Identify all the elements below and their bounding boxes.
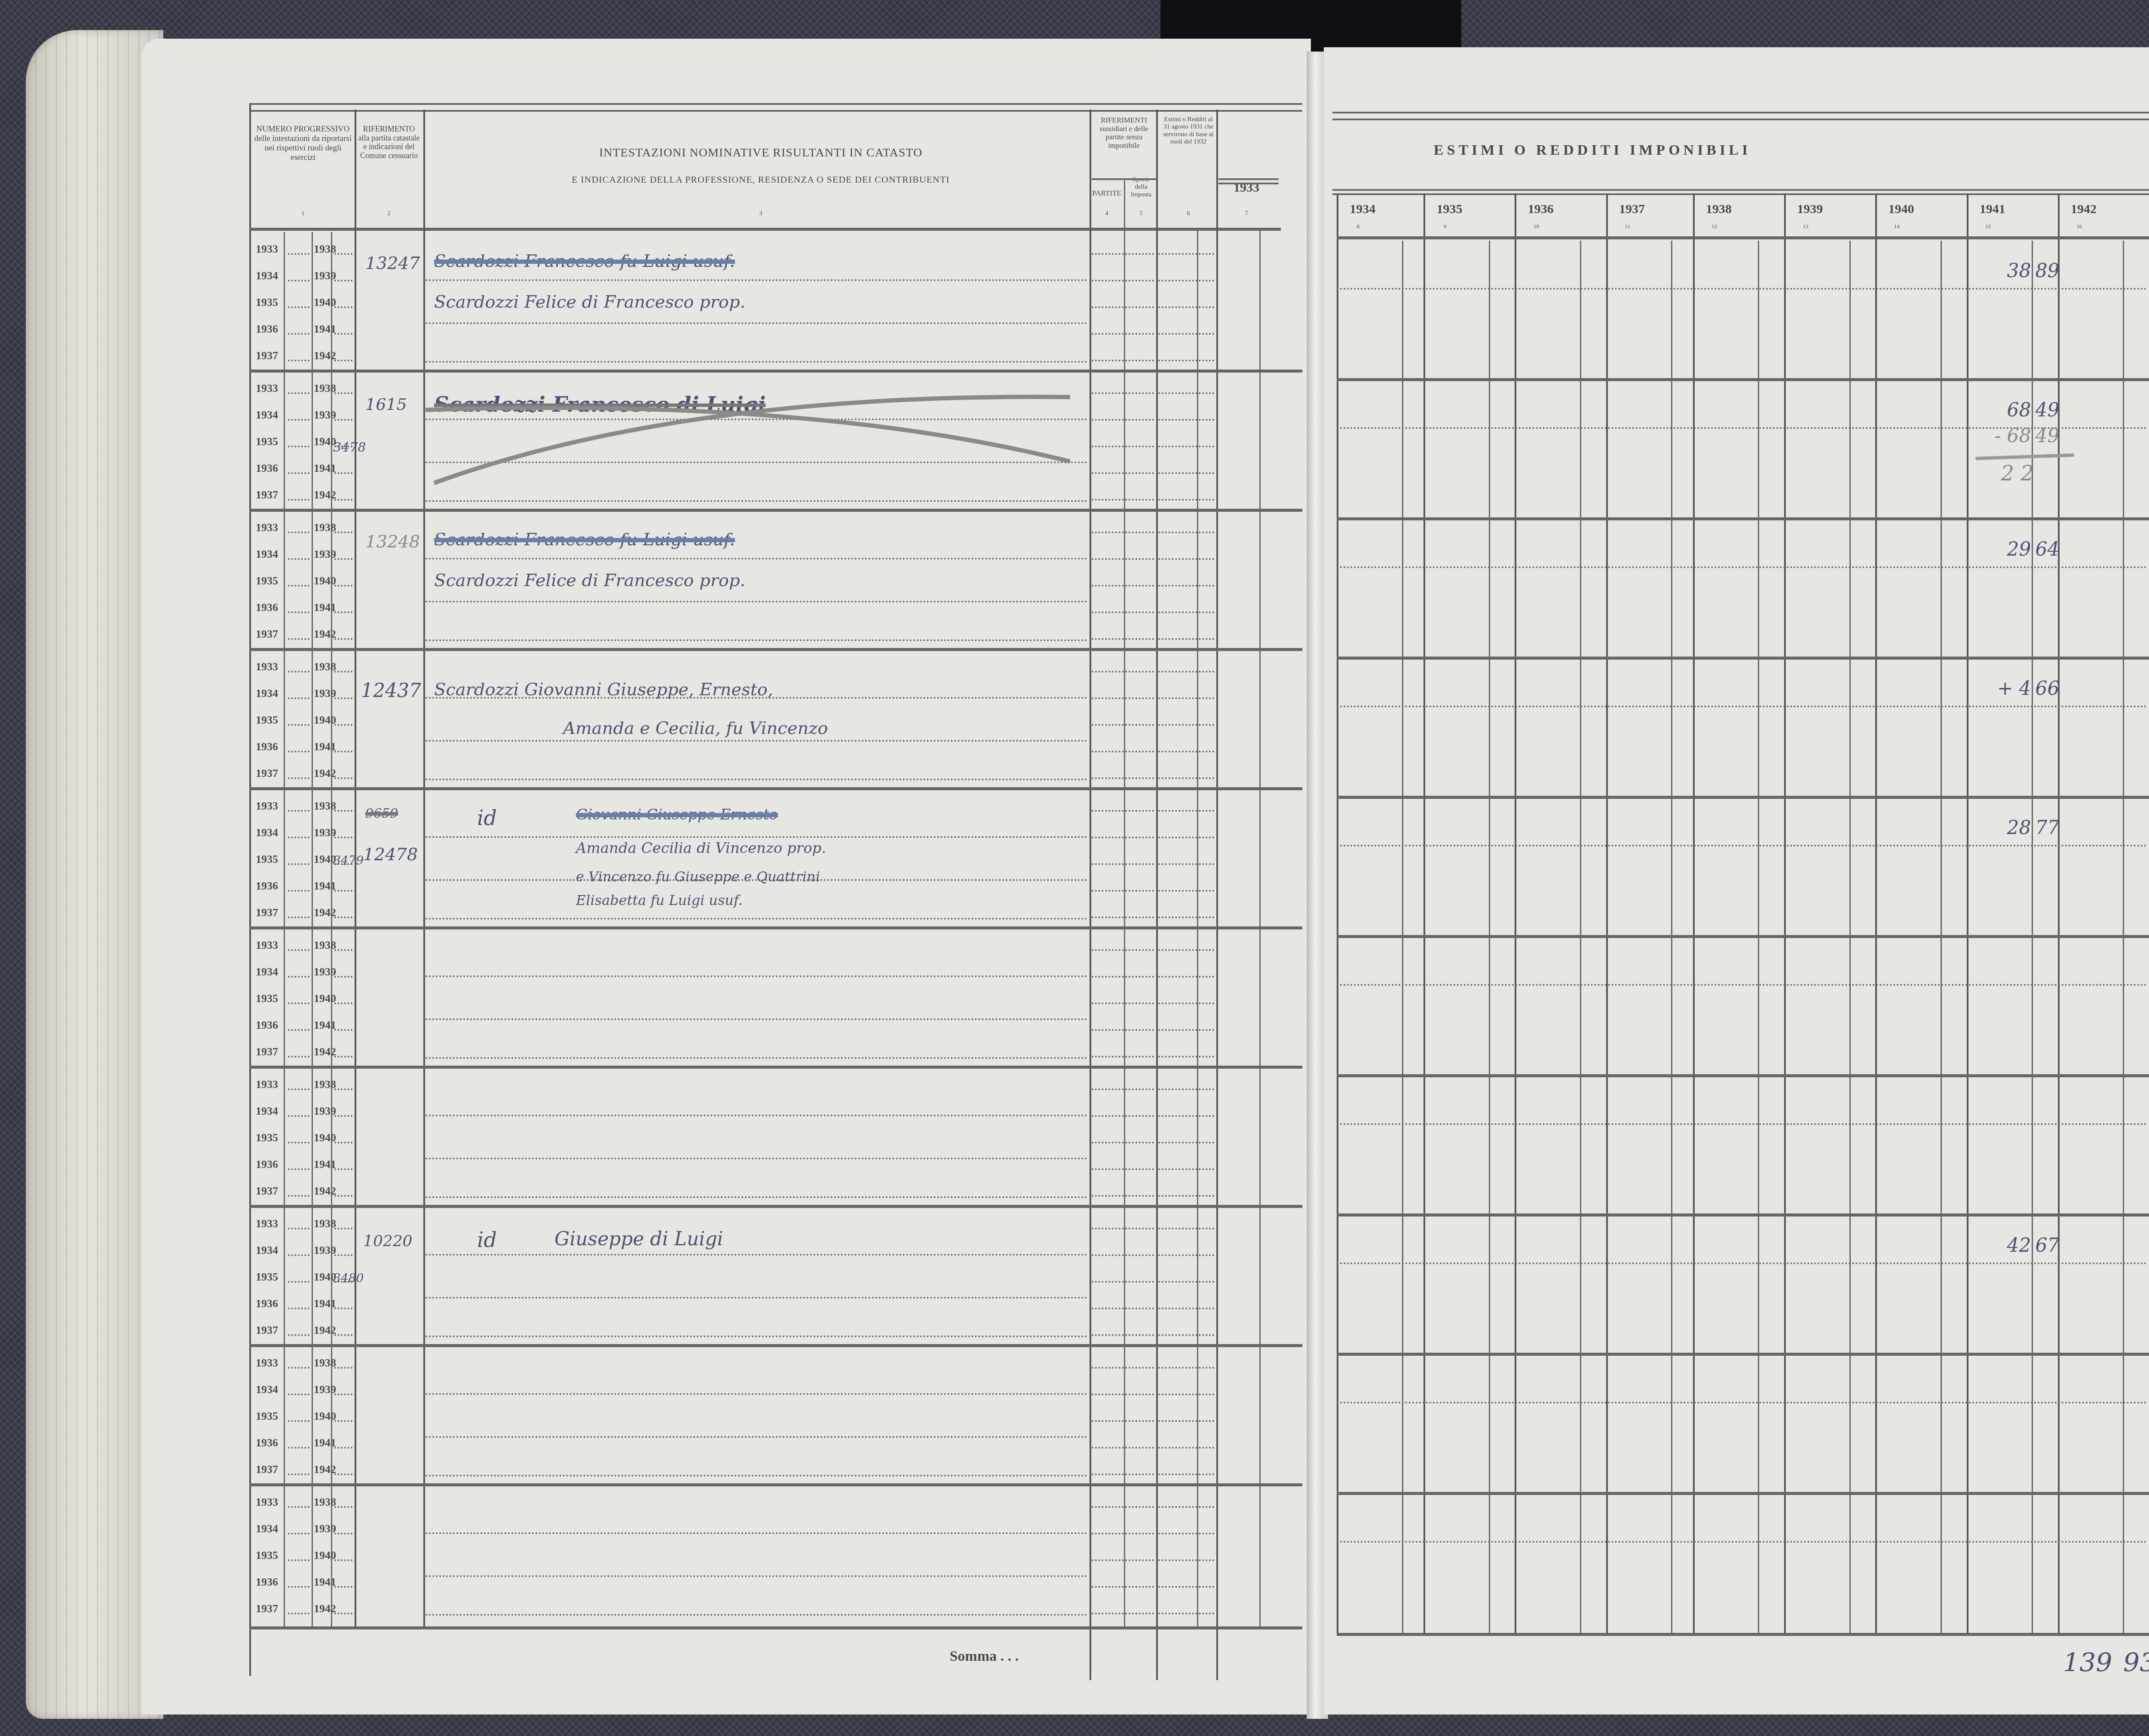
entry-name-line: Elisabetta fu Luigi usuf. — [576, 892, 743, 908]
dot-leader — [334, 392, 352, 394]
bottom-divider — [249, 1626, 1302, 1629]
dot-leader — [288, 1586, 309, 1588]
year-label: 1935 — [256, 992, 278, 1005]
partita-old-number: 9659 — [365, 806, 398, 821]
dot-leader — [288, 1029, 309, 1031]
year-column-label: 1939 — [1797, 202, 1823, 217]
dot-leader — [288, 837, 309, 838]
col-divider — [423, 110, 425, 1626]
dot-leader — [1158, 446, 1214, 447]
year-label: 1934 — [256, 1244, 278, 1257]
year-col-divider — [1967, 193, 1968, 1633]
block-divider — [249, 509, 1302, 512]
dot-leader — [1092, 585, 1154, 587]
header-estimi-1931: Estimi o Redditi al 31 agosto 1931 che s… — [1160, 116, 1216, 146]
name-line — [426, 1018, 1087, 1020]
name-line — [426, 1057, 1087, 1059]
somma-1941-lire: 139 — [2063, 1648, 2112, 1678]
value-1941-cent: 64 — [2036, 538, 2060, 560]
dot-leader — [334, 1533, 352, 1534]
year-label: 1941 — [314, 740, 336, 753]
dot-leader — [334, 1394, 352, 1395]
dot-leader — [334, 1254, 352, 1256]
year-label: 1940 — [314, 296, 336, 309]
dot-leader — [1092, 558, 1154, 560]
dot-leader — [1092, 1473, 1154, 1475]
year-label: 1933 — [256, 800, 278, 813]
col-number: 8 — [1337, 223, 1380, 230]
entry-name-line: Amanda e Cecilia, fu Vincenzo — [563, 718, 828, 738]
year-label: 1935 — [256, 575, 278, 587]
year-label: 1936 — [256, 1297, 278, 1310]
year-label: 1941 — [314, 880, 336, 892]
year-label: 1934 — [256, 409, 278, 422]
dot-leader — [334, 671, 352, 672]
year-label: 1941 — [314, 1019, 336, 1032]
dot-leader — [1158, 1447, 1214, 1449]
col-number: 14 — [1875, 223, 1918, 230]
dot-leader — [1158, 890, 1214, 892]
dot-leader — [1092, 306, 1154, 308]
header-divider — [1337, 236, 2149, 239]
col-divider — [1216, 110, 1218, 1626]
dot-leader — [288, 697, 309, 699]
block-divider — [249, 1483, 1302, 1486]
dot-leader — [1092, 1334, 1154, 1336]
year-label: 1934 — [256, 826, 278, 839]
dot-leader — [1092, 333, 1154, 335]
dot-leader — [1158, 1367, 1214, 1369]
year-label: 1934 — [256, 548, 278, 561]
dot-leader — [288, 1142, 309, 1143]
dot-leader — [288, 472, 309, 474]
dot-leader — [1158, 810, 1214, 812]
amount-line — [1337, 706, 2147, 707]
year-label: 1942 — [314, 1185, 336, 1198]
name-line — [426, 1158, 1087, 1159]
dot-leader — [288, 392, 309, 394]
year-label: 1936 — [256, 740, 278, 753]
year-label: 1938 — [314, 1496, 336, 1509]
amount-line — [1337, 845, 2147, 847]
block-divider — [249, 926, 1302, 929]
col-number: 1 — [251, 211, 355, 217]
col-number: 4 — [1090, 211, 1124, 217]
entry-name-line: e Vincenzo fu Giuseppe e Quattrini — [576, 868, 820, 885]
dot-leader — [1158, 863, 1214, 865]
value-1941-minus-cent: 49 — [2036, 425, 2060, 447]
year-label: 1934 — [256, 966, 278, 978]
block-divider — [1337, 935, 2149, 938]
dot-leader — [1158, 724, 1214, 726]
name-line — [426, 1575, 1087, 1577]
year-label: 1942 — [314, 489, 336, 501]
name-line — [426, 740, 1087, 742]
year-col-divider — [1784, 193, 1786, 1633]
dot-leader — [334, 837, 352, 838]
name-line — [426, 1475, 1087, 1476]
side-reference: 3480 — [333, 1271, 364, 1285]
year-label: 1938 — [314, 243, 336, 256]
name-line — [426, 500, 1087, 502]
dot-leader — [334, 777, 352, 779]
year-label: 1936 — [256, 1436, 278, 1449]
dot-leader — [1158, 1506, 1214, 1508]
header-col3-subtitle: E INDICAZIONE DELLA PROFESSIONE, RESIDEN… — [434, 174, 1087, 185]
year-label: 1935 — [256, 853, 278, 866]
dot-leader — [1158, 253, 1214, 255]
dot-leader — [334, 1029, 352, 1031]
dot-leader — [1158, 1002, 1214, 1004]
dot-leader — [288, 1420, 309, 1422]
year-label: 1938 — [314, 521, 336, 534]
dot-leader — [288, 333, 309, 335]
year-label: 1939 — [314, 687, 336, 700]
value-1941-lire: 68 — [1980, 399, 2031, 421]
dot-leader — [288, 1088, 309, 1090]
partita-number: 10220 — [363, 1232, 413, 1250]
year-column-label: 1942 — [2071, 202, 2097, 217]
year-label: 1940 — [314, 714, 336, 727]
dot-leader — [288, 1228, 309, 1229]
col-number: 12 — [1693, 223, 1736, 230]
entry-name-line: Giovanni Giuseppe Ernesto — [576, 806, 778, 823]
dot-leader — [1158, 1115, 1214, 1117]
col-divider — [1124, 180, 1125, 1626]
dot-leader — [334, 419, 352, 421]
top-border — [249, 103, 1302, 112]
dot-leader — [1158, 1586, 1214, 1588]
year-label: 1941 — [314, 323, 336, 336]
riferimenti-divider — [1092, 178, 1156, 180]
value-1941-result: 2 2 — [2001, 462, 2034, 486]
dot-leader — [1158, 1334, 1214, 1336]
dot-leader — [334, 280, 352, 281]
col-number: 11 — [1606, 223, 1649, 230]
dot-leader — [1158, 949, 1214, 951]
dot-leader — [1092, 1420, 1154, 1422]
dot-leader — [288, 1002, 309, 1004]
dot-leader — [288, 777, 309, 779]
year-label: 1941 — [314, 1436, 336, 1449]
year-label: 1938 — [314, 1078, 336, 1091]
dot-leader — [288, 1195, 309, 1197]
year-label: 1933 — [256, 1357, 278, 1369]
dot-leader — [1092, 1533, 1154, 1534]
year-label: 1935 — [256, 1271, 278, 1284]
dot-leader — [1158, 1420, 1214, 1422]
dot-leader — [1092, 499, 1154, 501]
col-number: 9 — [1423, 223, 1466, 230]
dot-leader — [1158, 585, 1214, 587]
dot-leader — [288, 890, 309, 892]
dot-leader — [334, 1228, 352, 1229]
year-label: 1942 — [314, 906, 336, 919]
col-divider — [1216, 1629, 1218, 1680]
dot-leader — [1092, 1142, 1154, 1143]
dot-leader — [334, 917, 352, 918]
partita-number: 12437 — [361, 680, 421, 702]
dot-leader — [288, 1281, 309, 1283]
ditto-mark: id — [477, 806, 497, 830]
year-label: 1936 — [256, 601, 278, 614]
dot-leader — [334, 1334, 352, 1336]
dot-leader — [288, 611, 309, 613]
dot-leader — [288, 810, 309, 812]
name-line — [426, 836, 1087, 838]
year-label: 1935 — [256, 1131, 278, 1144]
year-label: 1941 — [314, 1297, 336, 1310]
col-number: 16 — [2058, 223, 2101, 230]
value-1941-lire: + 4 — [1980, 678, 2031, 700]
block-divider — [249, 787, 1302, 790]
col-number: 3 — [434, 211, 1087, 217]
block-divider — [249, 1205, 1302, 1208]
year-label: 1940 — [314, 1410, 336, 1423]
dot-leader — [1092, 1308, 1154, 1309]
dot-leader — [1158, 306, 1214, 308]
value-1941-cent: 66 — [2036, 678, 2060, 700]
dot-leader — [334, 532, 352, 533]
amount-line — [1337, 566, 2147, 568]
partita-number: 1615 — [365, 395, 407, 414]
name-line — [426, 601, 1087, 602]
dot-leader — [288, 724, 309, 726]
year-label: 1941 — [314, 1158, 336, 1171]
dot-leader — [288, 532, 309, 533]
name-line — [426, 1614, 1087, 1616]
dot-leader — [334, 306, 352, 308]
dot-leader — [288, 917, 309, 918]
dot-leader — [1092, 890, 1154, 892]
dot-leader — [334, 751, 352, 752]
dot-leader — [1092, 1029, 1154, 1031]
dot-leader — [288, 1115, 309, 1117]
col-divider — [355, 110, 356, 1626]
entry-name-line: Scardozzi Francesco fu Luigi usuf. — [434, 530, 735, 550]
year-label: 1936 — [256, 1019, 278, 1032]
dot-leader — [288, 419, 309, 421]
year-label: 1935 — [256, 435, 278, 448]
dot-leader — [1092, 837, 1154, 838]
year-label: 1942 — [314, 767, 336, 780]
name-line — [426, 361, 1087, 363]
dot-leader — [1092, 1254, 1154, 1256]
dot-leader — [1092, 1195, 1154, 1197]
dot-leader — [1092, 1506, 1154, 1508]
year-label: 1935 — [256, 296, 278, 309]
dot-leader — [1158, 1195, 1214, 1197]
dot-leader — [1158, 1394, 1214, 1395]
dot-leader — [1158, 976, 1214, 978]
year-label: 1939 — [314, 1383, 336, 1396]
partita-number: 13247 — [365, 254, 420, 273]
name-line — [426, 1336, 1087, 1337]
years-divider — [1332, 189, 2149, 195]
year-label: 1939 — [314, 826, 336, 839]
amount-line — [1337, 1123, 2147, 1125]
dot-leader — [1092, 1394, 1154, 1395]
year-column-label: 1935 — [1436, 202, 1462, 217]
dot-leader — [1092, 1168, 1154, 1170]
col-divider — [1090, 1629, 1091, 1680]
name-line — [426, 779, 1087, 780]
dot-leader — [1092, 671, 1154, 672]
year-label: 1936 — [256, 323, 278, 336]
dot-leader — [1092, 1367, 1154, 1369]
dot-leader — [1092, 976, 1154, 978]
amount-line — [1337, 984, 2147, 986]
year-column-label: 1938 — [1706, 202, 1732, 217]
somma-label: Somma . . . — [890, 1648, 1019, 1665]
dot-leader — [334, 611, 352, 613]
dot-leader — [334, 976, 352, 978]
dot-leader — [288, 863, 309, 865]
header-partite: PARTITE — [1090, 189, 1124, 198]
year-col-divider — [1423, 193, 1425, 1633]
year-label: 1941 — [314, 1576, 336, 1589]
dot-leader — [1158, 333, 1214, 335]
year-column-label: 1934 — [1350, 202, 1375, 217]
col7-divider — [1218, 178, 1279, 184]
year-label: 1939 — [314, 269, 336, 282]
bottom-divider — [1337, 1633, 2149, 1636]
entry-name-line: Scardozzi Felice di Francesco prop. — [434, 292, 745, 312]
block-divider — [249, 648, 1302, 651]
col-divider — [1090, 110, 1091, 1626]
year-label: 1937 — [256, 1185, 278, 1198]
dot-leader — [334, 1195, 352, 1197]
partita-number: 12478 — [363, 845, 418, 865]
dot-leader — [334, 1002, 352, 1004]
entry-name-line: Scardozzi Giovanni Giuseppe, Ernesto, — [434, 680, 773, 700]
dot-leader — [1092, 1088, 1154, 1090]
dot-leader — [1158, 751, 1214, 752]
year-label: 1933 — [256, 1217, 278, 1230]
year-label: 1939 — [314, 966, 336, 978]
dot-leader — [1158, 611, 1214, 613]
block-divider — [1337, 1353, 2149, 1356]
year-label: 1937 — [256, 767, 278, 780]
dot-leader — [1092, 611, 1154, 613]
year-label: 1942 — [314, 349, 336, 362]
cross-out-mark — [426, 384, 1070, 496]
ditto-mark: id — [477, 1228, 497, 1252]
dot-leader — [1092, 1613, 1154, 1614]
year-label: 1942 — [314, 628, 336, 641]
dot-leader — [1158, 1029, 1214, 1031]
name-line — [426, 1436, 1087, 1438]
dot-leader — [1092, 360, 1154, 361]
dot-leader — [334, 724, 352, 726]
dot-leader — [334, 1613, 352, 1614]
name-line — [426, 322, 1087, 324]
dot-leader — [288, 1613, 309, 1614]
dot-leader — [1092, 810, 1154, 812]
dot-leader — [1158, 1168, 1214, 1170]
dot-leader — [288, 1394, 309, 1395]
value-1941-lire: 38 — [1980, 260, 2031, 282]
dot-leader — [1092, 1002, 1154, 1004]
dot-leader — [1092, 1447, 1154, 1449]
year-label: 1937 — [256, 489, 278, 501]
block-divider — [1337, 378, 2149, 381]
col-divider — [1156, 1629, 1158, 1680]
block-divider — [1337, 1074, 2149, 1077]
dot-leader — [288, 751, 309, 752]
year-label: 1939 — [314, 1244, 336, 1257]
dot-leader — [334, 1559, 352, 1561]
dot-leader — [1092, 446, 1154, 447]
col-number: 15 — [1967, 223, 2010, 230]
dot-leader — [1158, 532, 1214, 533]
dot-leader — [1158, 1254, 1214, 1256]
year-label: 1937 — [256, 1602, 278, 1615]
dot-leader — [1092, 1281, 1154, 1283]
left-border — [249, 103, 251, 1676]
name-line — [426, 1254, 1087, 1256]
year-label: 1937 — [256, 1045, 278, 1058]
name-line — [426, 1196, 1087, 1198]
year-label: 1942 — [314, 1324, 336, 1337]
dot-leader — [1158, 1308, 1214, 1309]
dot-leader — [1092, 949, 1154, 951]
dot-leader — [1092, 1559, 1154, 1561]
dot-leader — [1092, 419, 1154, 421]
side-reference: 3478 — [333, 440, 366, 455]
dot-leader — [1158, 837, 1214, 838]
header-divider — [249, 228, 1281, 231]
year-label: 1939 — [314, 1105, 336, 1118]
header-col1: NUMERO PROGRESSIVO delle intestazioni da… — [251, 125, 355, 162]
entry-name-line: Giuseppe di Luigi — [554, 1228, 723, 1250]
year-col-divider — [1515, 193, 1516, 1633]
dot-leader — [334, 472, 352, 474]
dot-leader — [1158, 392, 1214, 394]
dot-leader — [1158, 558, 1214, 560]
year-label: 1937 — [256, 349, 278, 362]
year-label: 1936 — [256, 462, 278, 475]
year-label: 1941 — [314, 462, 336, 475]
partita-number: 13248 — [365, 532, 420, 552]
dot-leader — [1158, 1088, 1214, 1090]
col-number: 6 — [1160, 211, 1216, 217]
dot-leader — [1092, 697, 1154, 699]
amount-line — [1337, 1402, 2147, 1403]
dot-leader — [334, 585, 352, 587]
dot-leader — [288, 1308, 309, 1309]
dot-leader — [334, 1088, 352, 1090]
year-label: 1938 — [314, 1357, 336, 1369]
dot-leader — [288, 1559, 309, 1561]
dot-leader — [288, 499, 309, 501]
dot-leader — [334, 1367, 352, 1369]
dot-leader — [1158, 360, 1214, 361]
block-divider — [1337, 1213, 2149, 1216]
dot-leader — [1092, 863, 1154, 865]
year-label: 1941 — [314, 601, 336, 614]
dot-leader — [334, 360, 352, 361]
value-1941-cent: 77 — [2036, 817, 2060, 839]
year-label: 1938 — [314, 382, 336, 395]
year-label: 1934 — [256, 1105, 278, 1118]
dot-leader — [288, 280, 309, 281]
dot-leader — [1158, 697, 1214, 699]
year-label: 1933 — [256, 1496, 278, 1509]
value-1941-minus-lire: - 68 — [1975, 425, 2031, 447]
year-label: 1935 — [256, 714, 278, 727]
year-label: 1939 — [314, 548, 336, 561]
